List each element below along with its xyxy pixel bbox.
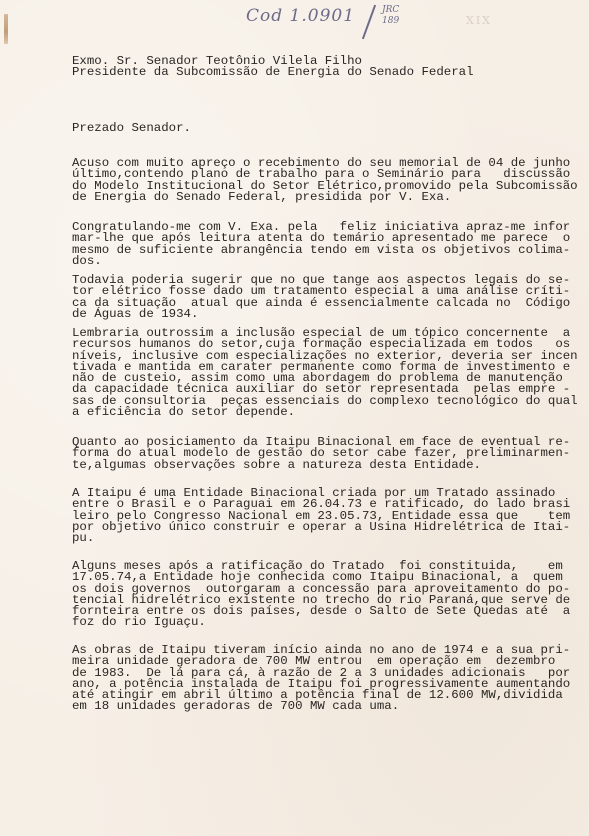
- salutation-text: Prezado Senador.: [72, 123, 191, 134]
- paragraph-3: Todavia poderia sugerir que no que tange…: [72, 275, 570, 320]
- handwritten-ref-top: JRC: [382, 5, 399, 16]
- text-line: te,algumas observações sobre a natureza …: [72, 460, 570, 471]
- text-line: por objetivo único construir e operar a …: [72, 522, 570, 533]
- text-line: mesmo de suficiente abrangência tendo em…: [72, 245, 570, 256]
- paragraph-1: Acuso com muito apreço o recebimento do …: [72, 158, 578, 203]
- faint-stamp-mark: XIX: [466, 14, 492, 27]
- paragraph-4: Lembraria outrossim a inclusão especial …: [72, 328, 578, 418]
- text-line: de Águas de 1934.: [72, 309, 570, 320]
- handwritten-code: Cod 1.0901: [246, 6, 355, 26]
- handwritten-ref-bottom: 189: [382, 16, 399, 27]
- text-line: dos.: [72, 256, 570, 267]
- handwritten-reference: JRC 189: [382, 5, 399, 27]
- text-line: de Energia do Senado Federal, presidida …: [72, 192, 578, 203]
- text-line: foz do rio Iguaçu.: [72, 617, 570, 628]
- paragraph-5: Quanto ao posiciamento da Itaipu Binacio…: [72, 437, 570, 471]
- scanned-letter-page: Cod 1.0901 JRC 189 XIX Exmo. Sr. Senador…: [0, 0, 589, 836]
- paragraph-7: Alguns meses após a ratificação do Trata…: [72, 561, 570, 629]
- addressee-line: Presidente da Subcomissão de Energia do …: [72, 67, 474, 78]
- staple-mark: [4, 14, 8, 44]
- paragraph-8: As obras de Itaipu tiveram início ainda …: [72, 645, 570, 713]
- addressee-block: Exmo. Sr. Senador Teotônio Vilela Filho …: [72, 56, 474, 79]
- text-line: pu.: [72, 533, 570, 544]
- text-line: a eficiência do setor depende.: [72, 407, 578, 418]
- paragraph-2: Congratulando-me com V. Exa. pela feliz …: [72, 222, 570, 267]
- salutation: Prezado Senador.: [72, 123, 191, 134]
- text-line: em 18 unidades geradoras de 700 MW cada …: [72, 701, 570, 712]
- handwritten-slash: [362, 5, 376, 40]
- paragraph-6: A Itaipu é uma Entidade Binacional criad…: [72, 488, 570, 544]
